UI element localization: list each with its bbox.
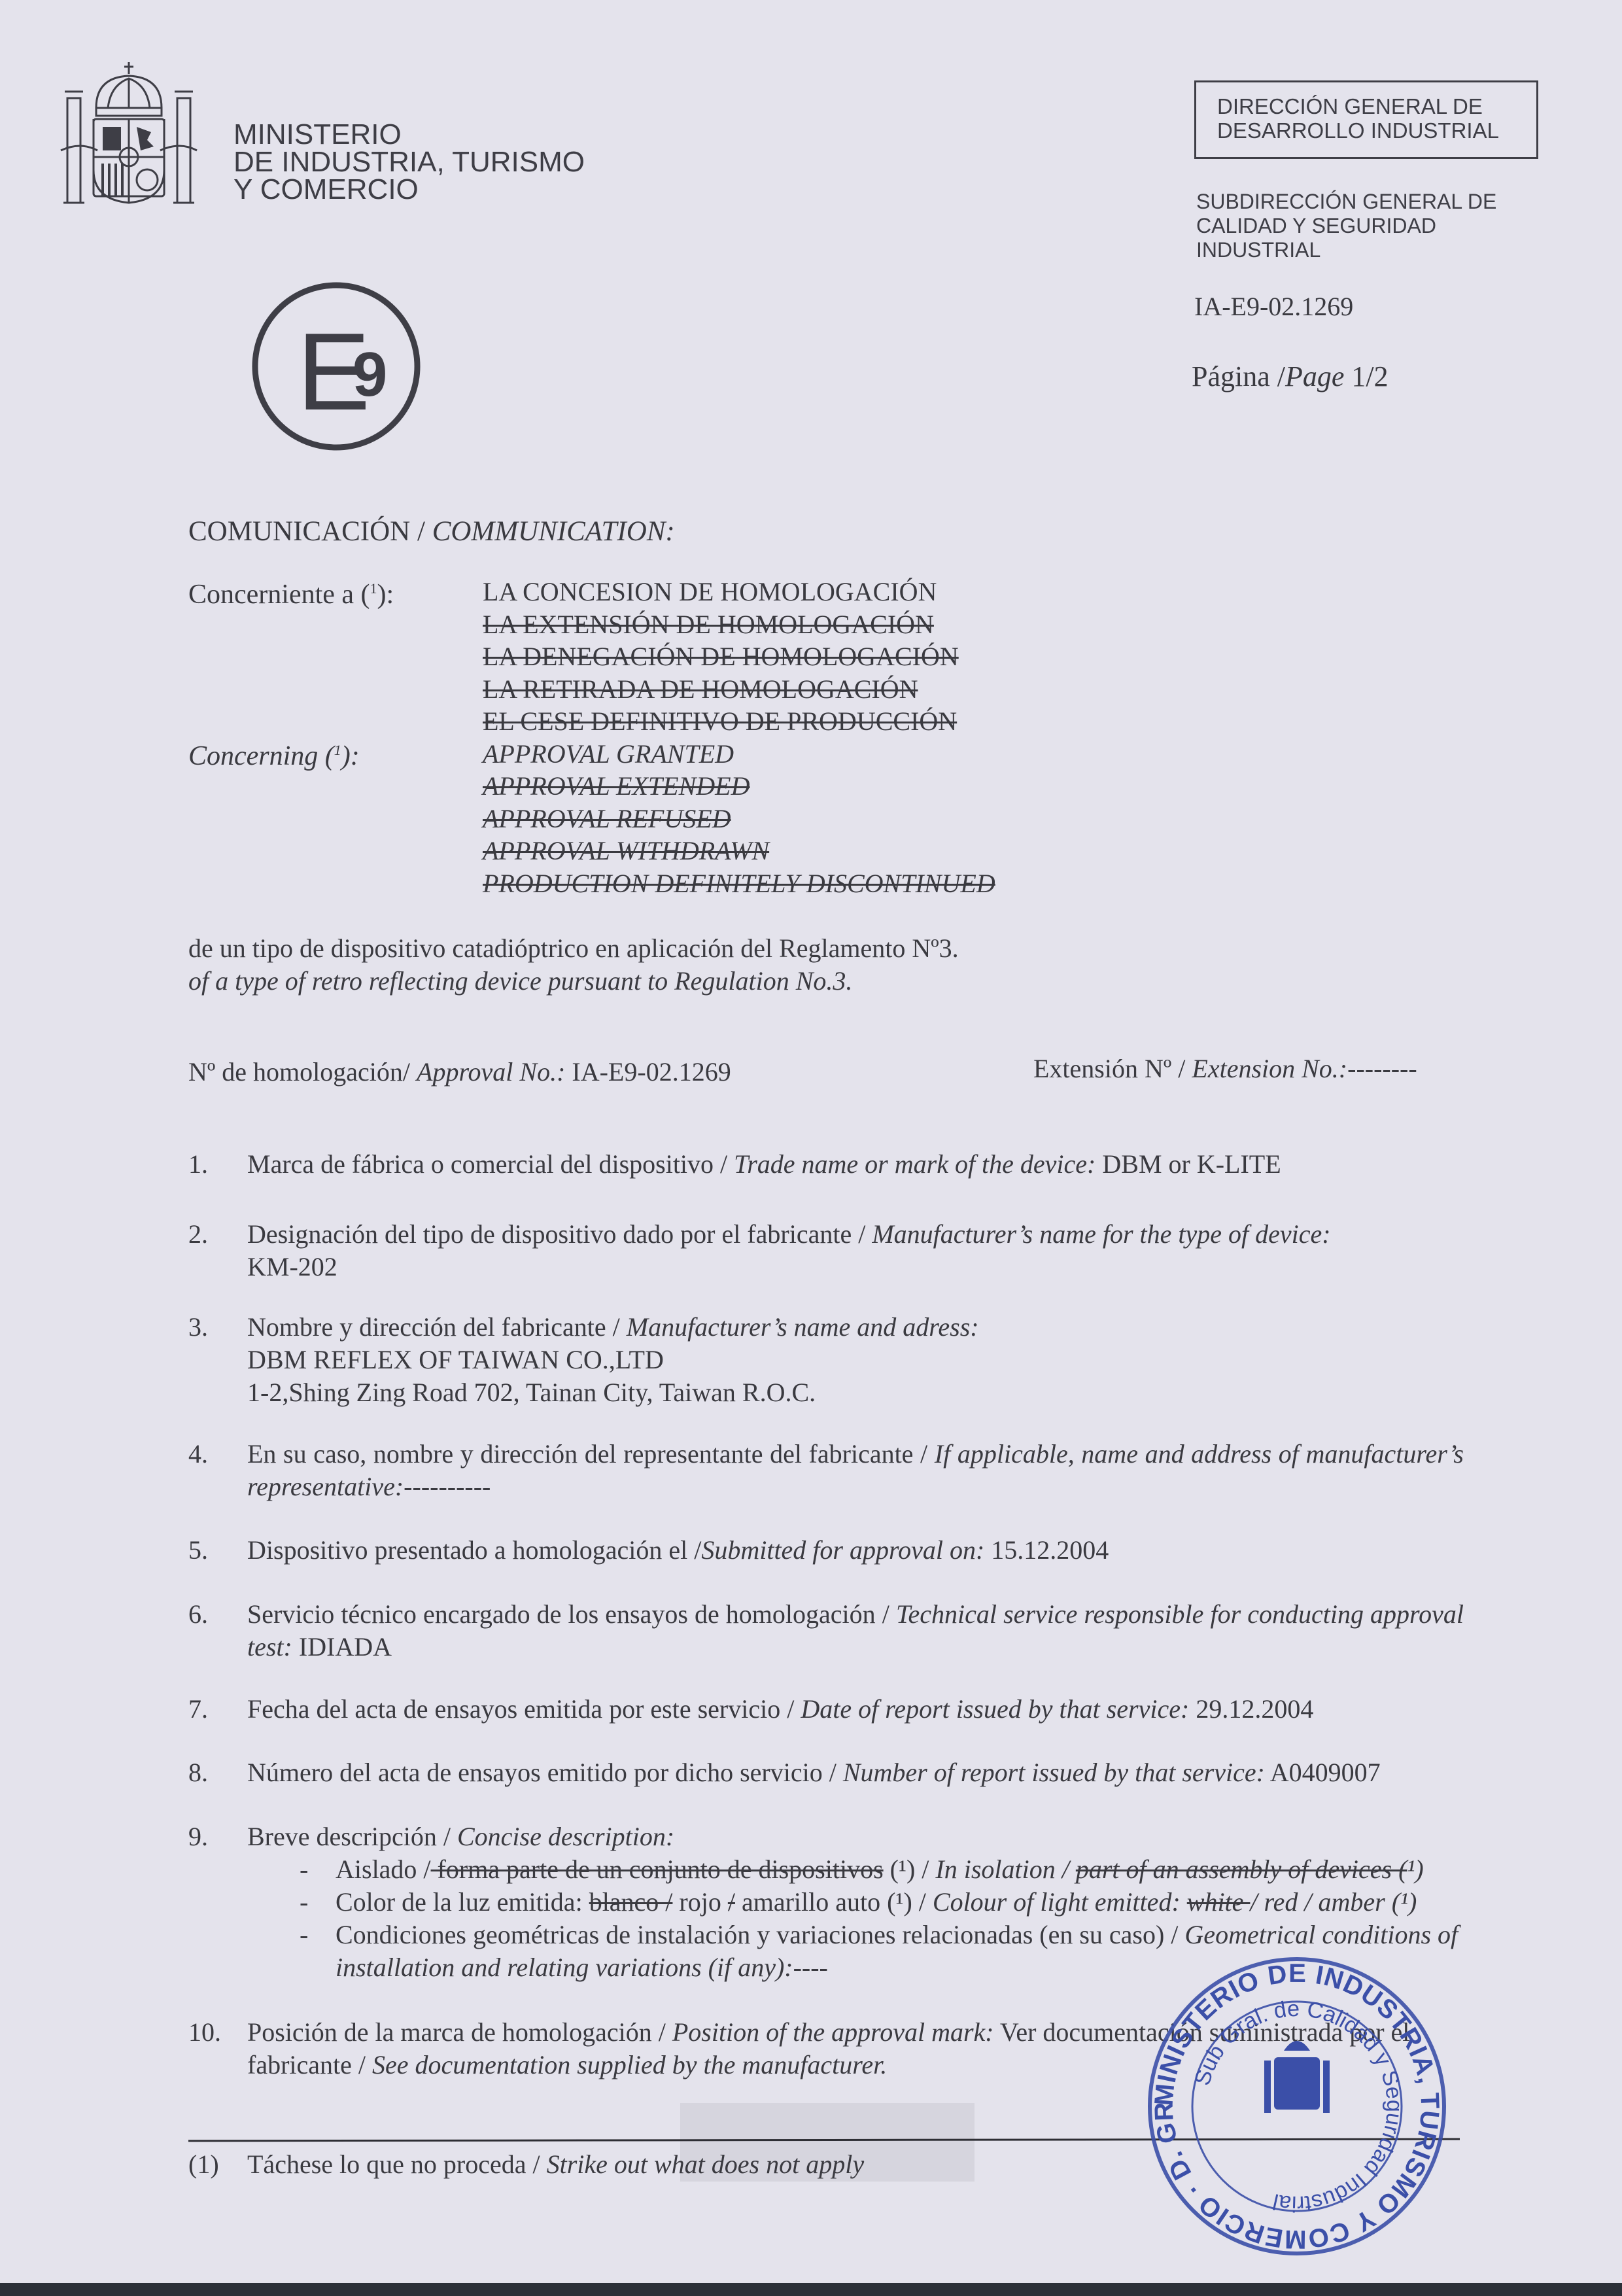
page-label-en: Page	[1285, 360, 1344, 392]
item-manufacturer: 3. Nombre y dirección del fabricante / M…	[188, 1311, 1464, 1409]
reference-number: IA-E9-02.1269	[1194, 291, 1353, 322]
footnote-en: Strike out what does not apply	[547, 2149, 865, 2179]
isolation-en: In isolation /	[935, 1854, 1075, 1884]
item-label-es: Fecha del acta de ensayos emitida por es…	[247, 1694, 801, 1724]
colour-white-en-struck: white	[1187, 1887, 1251, 1917]
option-production-discontinued-es: EL CESE DEFINITIVO DE PRODUCCIÓN	[483, 705, 995, 738]
label-text: Concerniente a (	[188, 580, 370, 610]
page-value: 1/2	[1351, 360, 1388, 392]
option-approval-granted-en: APPROVAL GRANTED	[483, 738, 995, 771]
item-number: 6.	[188, 1598, 241, 1631]
geometry-value: ----	[793, 1953, 828, 1982]
manufacturer-address: 1-2,Shing Zing Road 702, Tainan City, Ta…	[247, 1378, 816, 1407]
directorate-line: DIRECCIÓN GENERAL DE	[1217, 94, 1536, 118]
item-number: 7.	[188, 1693, 241, 1726]
item-number: 3.	[188, 1311, 241, 1344]
footnote-ref: 1	[370, 580, 377, 597]
item-label-en: Submitted for approval on:	[701, 1535, 984, 1565]
footnote-number: (1)	[188, 2149, 247, 2180]
extension-label-en: Extension No.:	[1192, 1054, 1347, 1083]
device-statement-en: of a type of retro reflecting device pur…	[188, 965, 959, 998]
approval-label-en: Approval No.:	[417, 1057, 565, 1087]
colour-label-es: Color de la luz emitida:	[336, 1887, 589, 1917]
option-approval-extended-en: APPROVAL EXTENDED	[483, 770, 995, 803]
directorate-line: DESARROLLO INDUSTRIAL	[1217, 118, 1536, 143]
subdirectorate: SUBDIRECCIÓN GENERAL DE CALIDAD Y SEGURI…	[1196, 190, 1496, 262]
coat-of-arms-icon	[56, 59, 203, 209]
approval-number: Nº de homologación/ Approval No.: IA-E9-…	[188, 1056, 731, 1087]
item-number: 9.	[188, 1820, 241, 1853]
item-label-es: En su caso, nombre y dirección del repre…	[247, 1439, 935, 1469]
item-label-en: Number of report issued by that service:	[843, 1758, 1265, 1787]
subdirectorate-line: INDUSTRIAL	[1196, 238, 1496, 262]
description-isolation: -Aislado / forma parte de un conjunto de…	[300, 1853, 1464, 1886]
footnote-es: Táchese lo que no proceda /	[247, 2149, 547, 2179]
page-indicator: Página /Page 1/2	[1192, 360, 1389, 393]
item-label-es: Designación del tipo de dispositivo dado…	[247, 1219, 872, 1249]
label-suffix: ):	[341, 741, 360, 771]
isolation-en-struck: part of an assembly of devices (	[1076, 1854, 1407, 1884]
item-label-en: Trade name or mark of the device:	[734, 1149, 1096, 1179]
subdirectorate-line: SUBDIRECCIÓN GENERAL DE	[1196, 190, 1496, 214]
subdirectorate-line: CALIDAD Y SEGURIDAD	[1196, 214, 1496, 238]
ministry-line: Y COMERCIO	[233, 176, 585, 203]
device-statement-es: de un tipo de dispositivo catadióptrico …	[188, 932, 959, 965]
item-label-es: Servicio técnico encargado de los ensayo…	[247, 1599, 896, 1629]
extension-number: Extensión Nº / Extension No.:--------	[1033, 1053, 1417, 1084]
isolation-es-struck: forma parte de un conjunto de dispositiv…	[431, 1854, 884, 1884]
ministry-line: MINISTERIO	[233, 121, 585, 148]
item-value: 29.12.2004	[1189, 1694, 1313, 1724]
item-report-number: 8. Número del acta de ensayos emitido po…	[188, 1756, 1464, 1789]
item-label-en: Date of report issued by that service:	[801, 1694, 1189, 1724]
item-label-en: Concise description:	[457, 1822, 674, 1851]
isolation-es: Aislado /	[336, 1854, 431, 1884]
item-label-en: Manufacturer’s name for the type of devi…	[872, 1219, 1330, 1249]
option-approval-refused-es: LA DENEGACIÓN DE HOMOLOGACIÓN	[483, 640, 995, 673]
colour-white-es-struck: blanco /	[589, 1887, 673, 1917]
option-approval-refused-en: APPROVAL REFUSED	[483, 803, 995, 835]
communication-title: COMUNICACIÓN / COMMUNICATION:	[188, 515, 675, 548]
device-statement: de un tipo de dispositivo catadióptrico …	[188, 932, 959, 998]
item-value: KM-202	[247, 1252, 337, 1281]
option-approval-granted-es: LA CONCESION DE HOMOLOGACIÓN	[483, 576, 995, 608]
option-approval-withdrawn-en: APPROVAL WITHDRAWN	[483, 835, 995, 867]
item-trade-name: 1. Marca de fábrica o comercial del disp…	[188, 1148, 1464, 1181]
item-number: 8.	[188, 1756, 241, 1789]
item-number: 10.	[188, 2016, 241, 2049]
e9-approval-mark-icon: E 9	[251, 281, 421, 451]
item-value: 15.12.2004	[984, 1535, 1109, 1565]
item-report-date: 7. Fecha del acta de ensayos emitida por…	[188, 1693, 1464, 1726]
colour-red-es: rojo	[672, 1887, 727, 1917]
scan-edge	[0, 2283, 1622, 2296]
item-number: 5.	[188, 1534, 241, 1567]
official-stamp-icon: MINISTERIO DE INDUSTRIA, TURISMO Y COMER…	[1143, 1953, 1451, 2260]
item-value: A0409007	[1265, 1758, 1381, 1787]
item-label-es: Número del acta de ensayos emitido por d…	[247, 1758, 843, 1787]
option-production-discontinued-en: PRODUCTION DEFINITELY DISCONTINUED	[483, 867, 995, 900]
item-label-es: Dispositivo presentado a homologación el…	[247, 1535, 701, 1565]
item-label-es: Marca de fábrica o comercial del disposi…	[247, 1149, 734, 1179]
item-label-en: Position of the approval mark:	[672, 2017, 994, 2047]
item-label-es: Posición de la marca de homologación /	[247, 2017, 672, 2047]
communication-title-en: COMMUNICATION:	[432, 516, 675, 547]
colour-separator-struck: /	[728, 1887, 735, 1917]
item-number: 4.	[188, 1438, 241, 1470]
label-suffix: ):	[377, 580, 394, 610]
item-label-es: Breve descripción /	[247, 1822, 457, 1851]
concerning-label-en: Concerning (1):	[188, 740, 360, 772]
item-label-en: Manufacturer’s name and adress:	[627, 1312, 979, 1342]
extension-label-es: Extensión Nº /	[1033, 1054, 1192, 1083]
colour-label-en: Colour of light emitted:	[933, 1887, 1187, 1917]
item-label-es: Nombre y dirección del fabricante /	[247, 1312, 627, 1342]
item-value-en: See documentation supplied by the manufa…	[372, 2050, 887, 2079]
item-technical-service: 6. Servicio técnico encargado de los ens…	[188, 1598, 1464, 1663]
item-type-designation: 2. Designación del tipo de dispositivo d…	[188, 1218, 1464, 1283]
communication-title-es: COMUNICACIÓN /	[188, 516, 432, 547]
item-submitted-date: 5. Dispositivo presentado a homologación…	[188, 1534, 1464, 1567]
description-colour: -Color de la luz emitida: blanco / rojo …	[300, 1886, 1464, 1919]
footnote-ref: 1	[334, 742, 341, 758]
label-text: Concerning (	[188, 741, 334, 771]
approval-label-es: Nº de homologación/	[188, 1057, 417, 1087]
concerning-label-es: Concerniente a (1):	[188, 579, 394, 610]
colour-red-amber-en: / red / amber (¹)	[1250, 1887, 1417, 1917]
item-representative: 4. En su caso, nombre y dirección del re…	[188, 1438, 1464, 1503]
footnote: (1)Táchese lo que no proceda / Strike ou…	[188, 2149, 864, 2180]
communication-options: LA CONCESION DE HOMOLOGACIÓN LA EXTENSIÓ…	[483, 576, 995, 899]
directorate-box: DIRECCIÓN GENERAL DE DESARROLLO INDUSTRI…	[1194, 80, 1538, 159]
ministry-name: MINISTERIO DE INDUSTRIA, TURISMO Y COMER…	[233, 121, 585, 203]
colour-amber-es: amarillo auto (¹) /	[735, 1887, 933, 1917]
manufacturer-name: DBM REFLEX OF TAIWAN CO.,LTD	[247, 1345, 664, 1374]
item-number: 1.	[188, 1148, 241, 1181]
extension-value: --------	[1347, 1054, 1417, 1083]
footnote-ref: (¹) /	[884, 1854, 936, 1884]
item-number: 2.	[188, 1218, 241, 1251]
item-value: ----------	[404, 1472, 491, 1501]
option-approval-extended-es: LA EXTENSIÓN DE HOMOLOGACIÓN	[483, 608, 995, 641]
approval-value: IA-E9-02.1269	[565, 1057, 731, 1087]
geometry-es: Condiciones geométricas de instalación y…	[336, 1920, 1184, 1949]
item-value: IDIADA	[292, 1632, 392, 1661]
item-value: DBM or K-LITE	[1096, 1149, 1281, 1179]
svg-text:9: 9	[353, 339, 387, 409]
option-approval-withdrawn-es: LA RETIRADA DE HOMOLOGACIÓN	[483, 673, 995, 706]
ministry-line: DE INDUSTRIA, TURISMO	[233, 148, 585, 176]
footnote-ref: ¹)	[1407, 1854, 1423, 1884]
page-label-es: Página /	[1192, 360, 1285, 392]
